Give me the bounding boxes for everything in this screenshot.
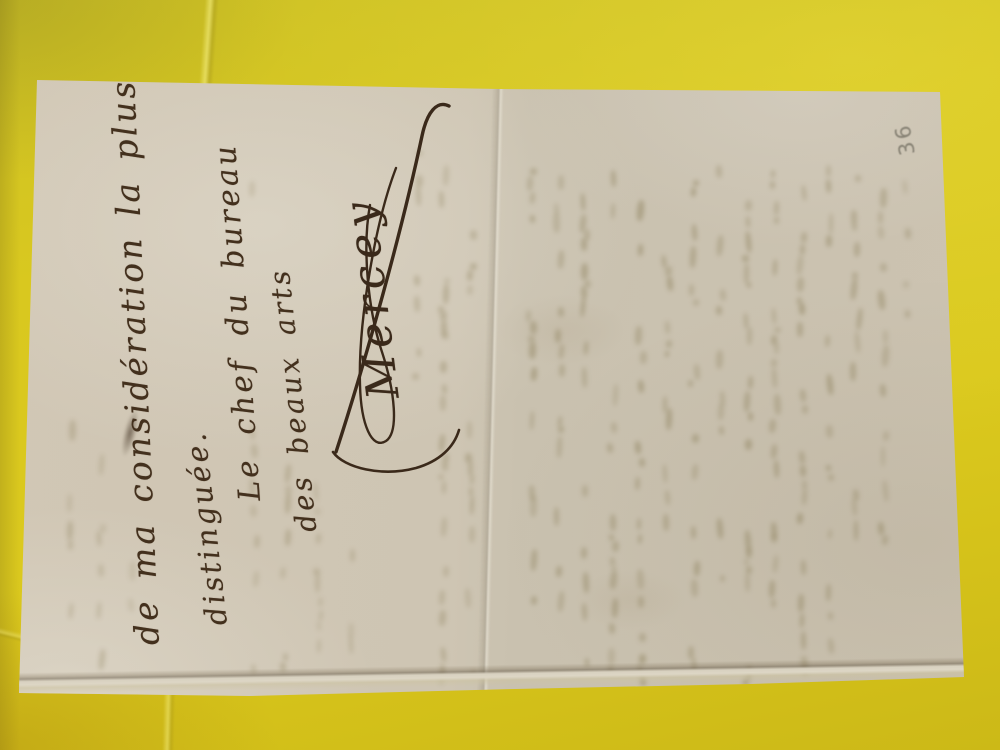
photograph-of-letter: de ma considération la plus distinguée. …	[0, 0, 1000, 750]
letter-sheet: de ma considération la plus distinguée. …	[0, 0, 1000, 750]
backing-fold-crease-top	[199, 0, 220, 92]
